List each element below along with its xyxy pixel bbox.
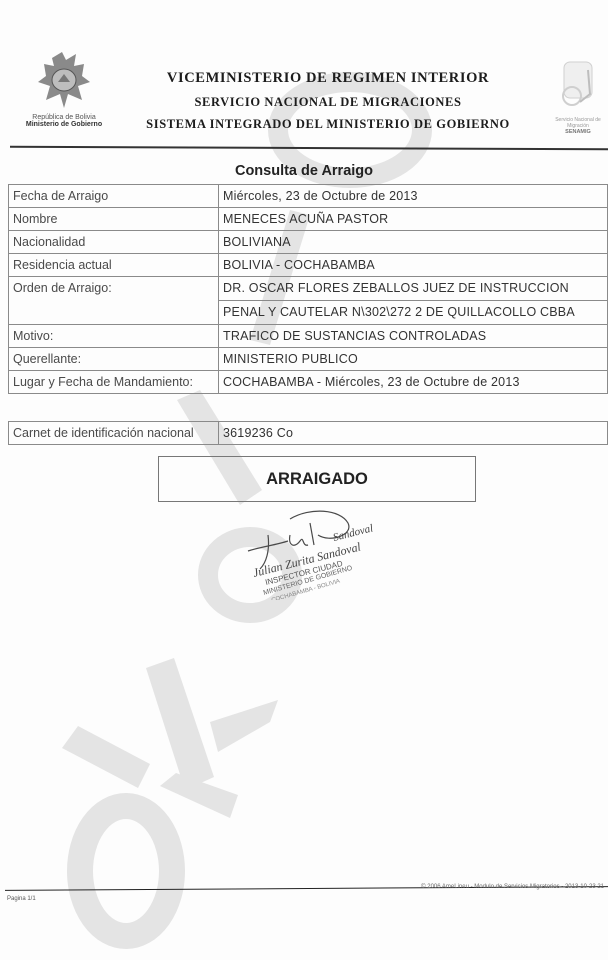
header-line-1: VICEMINISTERIO DE REGIMEN INTERIOR xyxy=(128,70,528,87)
field-value: TRAFICO DE SUSTANCIAS CONTROLADAS xyxy=(219,325,608,348)
order-value-line1: DR. OSCAR FLORES ZEBALLOS JUEZ DE INSTRU… xyxy=(219,277,607,301)
right-logo-line1: Servicio Nacional de Migración xyxy=(548,117,608,129)
field-label: Motivo: xyxy=(9,325,219,348)
table-row: Nombre MENECES ACUÑA PASTOR xyxy=(9,208,608,231)
table-row: Orden de Arraigo: DR. OSCAR FLORES ZEBAL… xyxy=(9,277,608,325)
bolivia-coat-of-arms-logo: República de Bolivia Ministerio de Gobie… xyxy=(8,50,120,140)
table-row: Fecha de Arraigo Miércoles, 23 de Octubr… xyxy=(9,185,608,208)
header-line-2: SERVICIO NACIONAL DE MIGRACIONES xyxy=(128,95,528,110)
header-divider xyxy=(10,146,608,151)
field-label: Querellante: xyxy=(9,348,219,371)
table-row: Querellante: MINISTERIO PUBLICO xyxy=(9,348,608,371)
id-label: Carnet de identificación nacional xyxy=(9,422,219,445)
field-label: Orden de Arraigo: xyxy=(9,277,219,325)
id-value: 3619236 Co xyxy=(219,422,608,445)
bolivia-coat-of-arms-icon xyxy=(32,50,96,112)
table-row: Lugar y Fecha de Mandamiento: COCHABAMBA… xyxy=(9,371,608,394)
table-row: Nacionalidad BOLIVIANA xyxy=(9,231,608,254)
left-logo-line2: Ministerio de Gobierno xyxy=(8,121,120,128)
arraigo-status-badge: ARRAIGADO xyxy=(158,456,476,502)
right-logo-line2: SENAMIG xyxy=(548,129,608,135)
footer-copyright: © 2006 AmeLineu - Modulo de Servicios Mi… xyxy=(421,884,604,890)
field-label: Residencia actual xyxy=(9,254,219,277)
field-value: DR. OSCAR FLORES ZEBALLOS JUEZ DE INSTRU… xyxy=(219,277,608,325)
field-label: Nombre xyxy=(9,208,219,231)
field-value: MINISTERIO PUBLICO xyxy=(219,348,608,371)
table-row: Motivo: TRAFICO DE SUSTANCIAS CONTROLADA… xyxy=(9,325,608,348)
signature-stamp: Sandoval Julian Zurita Sandoval INSPECTO… xyxy=(230,505,400,600)
header-line-3: SISTEMA INTEGRADO DEL MINISTERIO DE GOBI… xyxy=(128,117,528,132)
arraigo-details-table: Fecha de Arraigo Miércoles, 23 de Octubr… xyxy=(8,184,608,394)
table-row: Carnet de identificación nacional 361923… xyxy=(9,422,608,445)
field-label: Lugar y Fecha de Mandamiento: xyxy=(9,371,219,394)
field-label: Nacionalidad xyxy=(9,231,219,254)
field-value: BOLIVIA - COCHABAMBA xyxy=(219,254,608,277)
table-row: Residencia actual BOLIVIA - COCHABAMBA xyxy=(9,254,608,277)
senamig-logo-icon xyxy=(556,58,600,110)
left-logo-line1: República de Bolivia xyxy=(8,114,120,121)
field-label: Fecha de Arraigo xyxy=(9,185,219,208)
order-value-line2: PENAL Y CAUTELAR N\302\272 2 DE QUILLACO… xyxy=(223,301,603,324)
id-table: Carnet de identificación nacional 361923… xyxy=(8,421,608,445)
field-value: BOLIVIANA xyxy=(219,231,608,254)
field-value: COCHABAMBA - Miércoles, 23 de Octubre de… xyxy=(219,371,608,394)
page-number: Pagina 1/1 xyxy=(7,896,36,902)
field-value: Miércoles, 23 de Octubre de 2013 xyxy=(219,185,608,208)
institution-header: VICEMINISTERIO DE REGIMEN INTERIOR SERVI… xyxy=(128,70,528,132)
document-title: Consulta de Arraigo xyxy=(0,163,608,179)
field-value: MENECES ACUÑA PASTOR xyxy=(219,208,608,231)
senamig-logo: Servicio Nacional de Migración SENAMIG xyxy=(548,58,608,135)
